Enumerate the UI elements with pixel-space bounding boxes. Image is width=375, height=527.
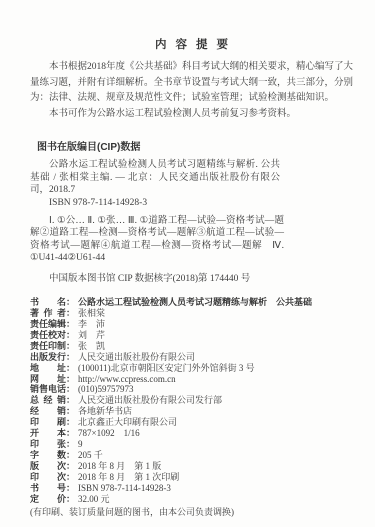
field-label: 印刷: [30, 417, 66, 428]
print-quality-note: (有印刷、装订质量问题的图书，由本公司负责调换): [30, 507, 353, 518]
colophon-field-row: 开本：787×1092 1/16: [30, 428, 353, 439]
field-value: 公路水运工程试验检测人员考试习题精练与解析 公共基础: [78, 297, 312, 308]
field-label: 开本: [30, 428, 66, 439]
cip-description: 公路水运工程试验检测人员考试习题精练与解析. 公共基础 / 张相棠主编. — 北…: [30, 159, 280, 197]
field-value: 787×1092 1/16: [78, 428, 140, 439]
field-value: 张 凯: [78, 341, 105, 352]
field-colon: ：: [66, 395, 75, 406]
field-value: http://www.ccpress.com.cn: [78, 374, 176, 385]
field-colon: ：: [66, 363, 75, 374]
field-label: 字数: [30, 450, 66, 461]
field-value: 32.00 元: [78, 494, 110, 505]
field-label: 责任编辑: [30, 319, 66, 330]
field-value: 9: [78, 439, 83, 450]
colophon-field-row: 字数：205 千: [30, 450, 353, 461]
field-label: 出版发行: [30, 352, 66, 363]
field-label: 著作者: [30, 308, 66, 319]
colophon-field-row: 著作者：张相棠: [30, 308, 353, 319]
field-label: 销售电话: [30, 384, 66, 395]
field-colon: ：: [66, 494, 75, 505]
field-label: 版次: [30, 461, 66, 472]
field-colon: ：: [66, 428, 75, 439]
cip-record-number: 中国版本图书馆 CIP 数据核字(2018)第 174440 号: [30, 273, 353, 285]
colophon-field-list: 书名：公路水运工程试验检测人员考试习题精练与解析 公共基础 著作者：张相棠 责任…: [30, 297, 353, 504]
cip-isbn: ISBN 978-7-114-14928-3: [30, 197, 353, 210]
field-value: 2018 年 8 月 第 1 版: [78, 461, 161, 472]
field-colon: ：: [66, 472, 75, 483]
field-value: 人民交通出版社股份有限公司: [78, 352, 195, 363]
field-colon: ：: [66, 439, 75, 450]
field-colon: ：: [66, 297, 75, 308]
content-summary-section: 内容提要 本书根据2018年度《公共基础》科目考试大纲的相关要求，精心编写了大量…: [30, 36, 353, 122]
field-label: 书号: [30, 483, 66, 494]
field-label: 书名: [30, 297, 66, 308]
colophon-field-row: 地址：(100011)北京市朝阳区安定门外外馆斜街 3 号: [30, 363, 353, 374]
field-colon: ：: [66, 319, 75, 330]
colophon-field-row: 印张：9: [30, 439, 353, 450]
colophon-field-row: 责任印制：张 凯: [30, 341, 353, 352]
summary-paragraph-1: 本书根据2018年度《公共基础》科目考试大纲的相关要求，精心编写了大量练习题，并…: [30, 60, 353, 107]
cip-heading: 图书在版编目(CIP)数据: [37, 138, 353, 153]
colophon-field-row: 网址：http://www.ccpress.com.cn: [30, 374, 353, 385]
field-label: 网址: [30, 374, 66, 385]
field-colon: ：: [66, 417, 75, 428]
field-label: 经销: [30, 406, 66, 417]
field-colon: ：: [66, 483, 75, 494]
cip-classification: Ⅰ. ①公… Ⅱ. ①张… Ⅲ. ①道路工程—试验—资格考试—题解②道路工程—检…: [30, 215, 284, 264]
field-value: 人民交通出版社股份有限公司发行部: [78, 395, 222, 406]
field-colon: ：: [66, 374, 75, 385]
field-label: 责任印制: [30, 341, 66, 352]
field-label: 印次: [30, 472, 66, 483]
field-colon: ：: [66, 308, 75, 319]
colophon-field-row: 销售电话：(010)59757973: [30, 384, 353, 395]
colophon-field-row: 总经销：人民交通出版社股份有限公司发行部: [30, 395, 353, 406]
field-colon: ：: [66, 330, 75, 341]
field-value: (010)59757973: [78, 384, 134, 395]
colophon-field-row: 定价：32.00 元: [30, 494, 353, 505]
field-colon: ：: [66, 341, 75, 352]
colophon-field-row: 印刷：北京鑫正大印刷有限公司: [30, 417, 353, 428]
field-label: 定价: [30, 494, 66, 505]
field-colon: ：: [66, 406, 75, 417]
colophon-field-row: 印次：2018 年 8 月 第 1 次印刷: [30, 472, 353, 483]
field-value: 各地新华书店: [78, 406, 132, 417]
book-copyright-page: 内容提要 本书根据2018年度《公共基础》科目考试大纲的相关要求，精心编写了大量…: [0, 0, 375, 527]
field-colon: ：: [66, 450, 75, 461]
field-value: 2018 年 8 月 第 1 次印刷: [78, 472, 179, 483]
field-label: 印张: [30, 439, 66, 450]
summary-paragraph-2: 本书可作为公路水运工程试验检测人员考前复习参考资料。: [30, 107, 353, 123]
cip-section: 图书在版编目(CIP)数据 公路水运工程试验检测人员考试习题精练与解析. 公共基…: [30, 138, 353, 285]
colophon-field-row: 书名：公路水运工程试验检测人员考试习题精练与解析 公共基础: [30, 297, 353, 308]
field-colon: ：: [66, 461, 75, 472]
field-value: 北京鑫正大印刷有限公司: [78, 417, 177, 428]
field-value: 李 沛: [78, 319, 105, 330]
field-value: 张相棠: [78, 308, 105, 319]
colophon-field-row: 书号：ISBN 978-7-114-14928-3: [30, 483, 353, 494]
colophon-field-row: 责任编辑：李 沛: [30, 319, 353, 330]
field-colon: ：: [66, 352, 75, 363]
field-value: 刘 芹: [78, 330, 105, 341]
summary-title: 内容提要: [30, 36, 353, 52]
field-label: 地址: [30, 363, 66, 374]
colophon-field-row: 经销：各地新华书店: [30, 406, 353, 417]
field-colon: ：: [66, 384, 75, 395]
field-value: (100011)北京市朝阳区安定门外外馆斜街 3 号: [78, 363, 255, 374]
colophon-field-row: 版次：2018 年 8 月 第 1 版: [30, 461, 353, 472]
field-value: 205 千: [78, 450, 103, 461]
colophon-field-row: 责任校对：刘 芹: [30, 330, 353, 341]
field-value: ISBN 978-7-114-14928-3: [78, 483, 171, 494]
field-label: 责任校对: [30, 330, 66, 341]
colophon-field-row: 出版发行：人民交通出版社股份有限公司: [30, 352, 353, 363]
field-label: 总经销: [30, 395, 66, 406]
